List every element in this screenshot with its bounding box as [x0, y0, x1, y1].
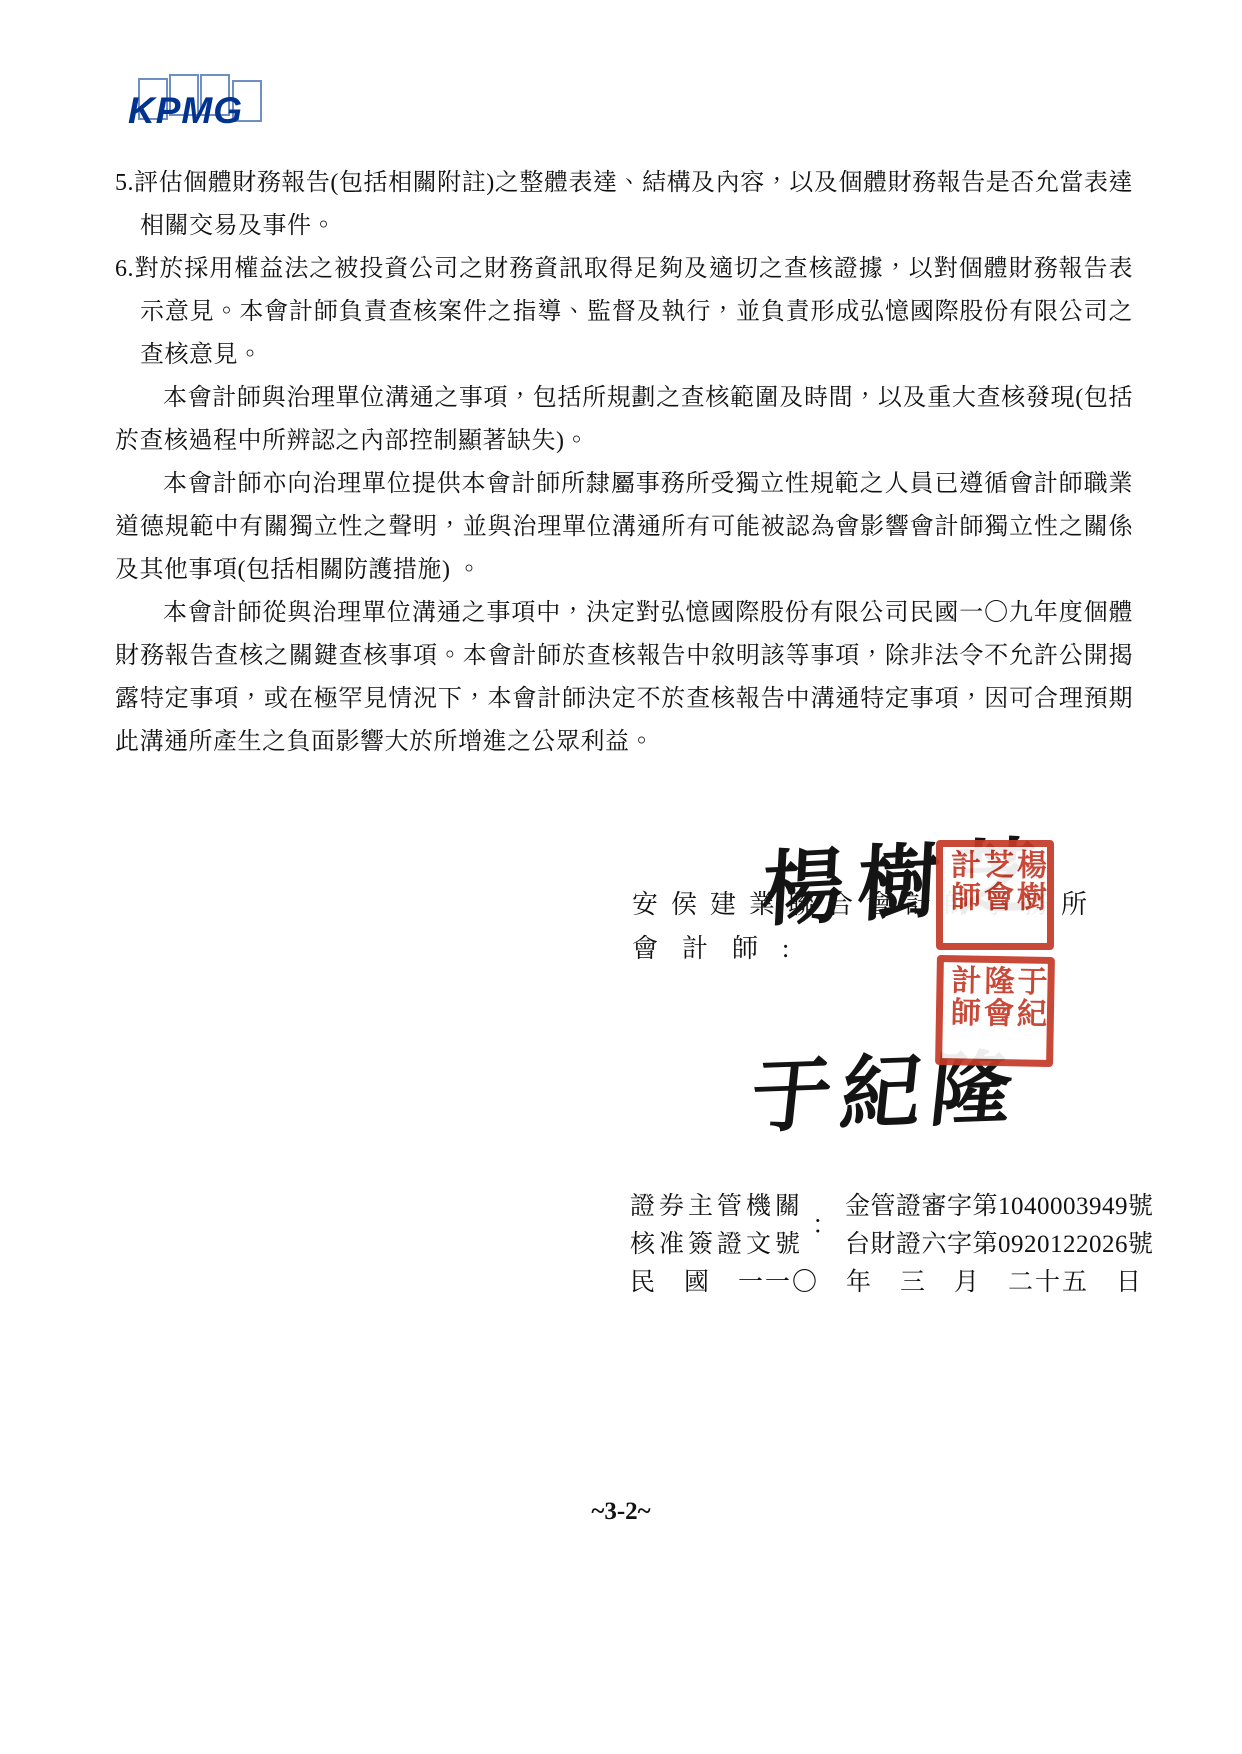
kpmg-wordmark: KPMG	[128, 90, 243, 132]
report-date: 民 國 一一〇 年 三 月 二十五 日	[630, 1262, 1143, 1298]
approval-value-line1: 金管證審字第1040003949號	[845, 1188, 1154, 1226]
approval-labels: 證券主管機關 核准簽證文號	[630, 1188, 804, 1264]
approval-document-numbers: 證券主管機關 核准簽證文號 ： 金管證審字第1040003949號 台財證六字第…	[630, 1188, 1154, 1264]
numbered-item-6: 6.對於採用權益法之被投資公司之財務資訊取得足夠及適切之查核證據，以對個體財務報…	[115, 248, 1133, 377]
approval-values: 金管證審字第1040003949號 台財證六字第0920122026號	[845, 1188, 1154, 1264]
red-seal-signer-2: 于紀隆會計師	[935, 955, 1055, 1067]
approval-colon: ：	[812, 1207, 837, 1245]
document-page: KPMG 5.評估個體財務報告(包括相關附註)之整體表達、結構及內容，以及個體財…	[0, 0, 1242, 1754]
approval-label-line2: 核准簽證文號	[630, 1226, 804, 1264]
page-number: ~3-2~	[0, 1498, 1242, 1526]
paragraph-key-audit-matters: 本會計師從與治理單位溝通之事項中，決定對弘憶國際股份有限公司民國一〇九年度個體財…	[115, 592, 1133, 764]
red-seal-signer-1: 楊樹芝會計師	[936, 840, 1054, 950]
seal-stamps: 楊樹芝會計師 于紀隆會計師	[936, 840, 1054, 1072]
kpmg-logo: KPMG	[128, 70, 278, 132]
numbered-item-5: 5.評估個體財務報告(包括相關附註)之整體表達、結構及內容，以及個體財務報告是否…	[115, 162, 1133, 248]
approval-label-line1: 證券主管機關	[630, 1188, 804, 1226]
paragraph-independence-statement: 本會計師亦向治理單位提供本會計師所隸屬事務所受獨立性規範之人員已遵循會計師職業道…	[115, 463, 1133, 592]
report-body: 5.評估個體財務報告(包括相關附註)之整體表達、結構及內容，以及個體財務報告是否…	[115, 162, 1133, 764]
paragraph-governance-communication: 本會計師與治理單位溝通之事項，包括所規劃之查核範圍及時間，以及重大查核發現(包括…	[115, 377, 1133, 463]
approval-value-line2: 台財證六字第0920122026號	[845, 1226, 1154, 1264]
